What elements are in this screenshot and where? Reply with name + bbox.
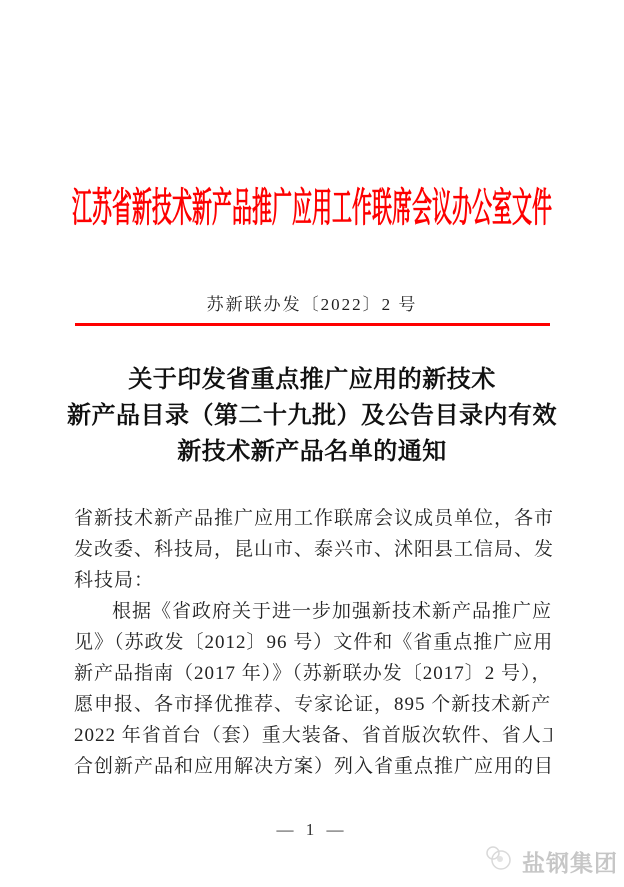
body-line: 省新技术新产品推广应用工作联席会议成员单位，各市工信局、	[74, 503, 552, 534]
document-title: 关于印发省重点推广应用的新技术 新产品目录（第二十九批）及公告目录内有效 新技术…	[30, 362, 594, 470]
company-watermark-label: 盐钢集团	[522, 845, 618, 878]
document-page: 江苏省新技术新产品推广应用工作联席会议办公室文件 苏新联办发〔2022〕2 号 …	[0, 0, 624, 887]
letterhead-org-title: 江苏省新技术新产品推广应用工作联席会议办公室文件	[72, 184, 552, 232]
document-body: 省新技术新产品推广应用工作联席会议成员单位，各市工信局、 发改委、科技局，昆山市…	[74, 503, 552, 782]
company-watermark: 盐钢集团	[480, 843, 618, 880]
document-title-line: 新产品目录（第二十九批）及公告目录内有效	[30, 398, 594, 434]
body-line: 愿申报、各市择优推荐、专家论证，895 个新技术新产品（含	[74, 689, 552, 720]
body-line: 2022 年省首台（套）重大装备、省首版次软件、省人工智能融	[74, 720, 552, 751]
page-number: — 1 —	[0, 820, 624, 840]
body-line: 科技局：	[74, 565, 552, 596]
document-title-line: 关于印发省重点推广应用的新技术	[30, 362, 594, 398]
document-reference-number: 苏新联办发〔2022〕2 号	[0, 290, 624, 315]
body-line: 发改委、科技局，昆山市、泰兴市、沭阳县工信局、发改委（局）、	[74, 534, 552, 565]
document-title-line: 新技术新产品名单的通知	[30, 434, 594, 470]
body-line: 见》（苏政发〔2012〕96 号）文件和《省重点推广应用的新技术	[74, 627, 552, 658]
company-logo-icon	[480, 843, 516, 880]
letterhead-divider-rule	[75, 323, 550, 326]
letterhead: 江苏省新技术新产品推广应用工作联席会议办公室文件	[0, 184, 624, 232]
body-line: 新产品指南（2017 年）》（苏新联办发〔2017〕2 号），经企业自	[74, 658, 552, 689]
body-line: 根据《省政府关于进一步加强新技术新产品推广应用的意	[74, 596, 552, 627]
body-line: 合创新产品和应用解决方案）列入省重点推广应用的目录（第	[74, 751, 552, 782]
